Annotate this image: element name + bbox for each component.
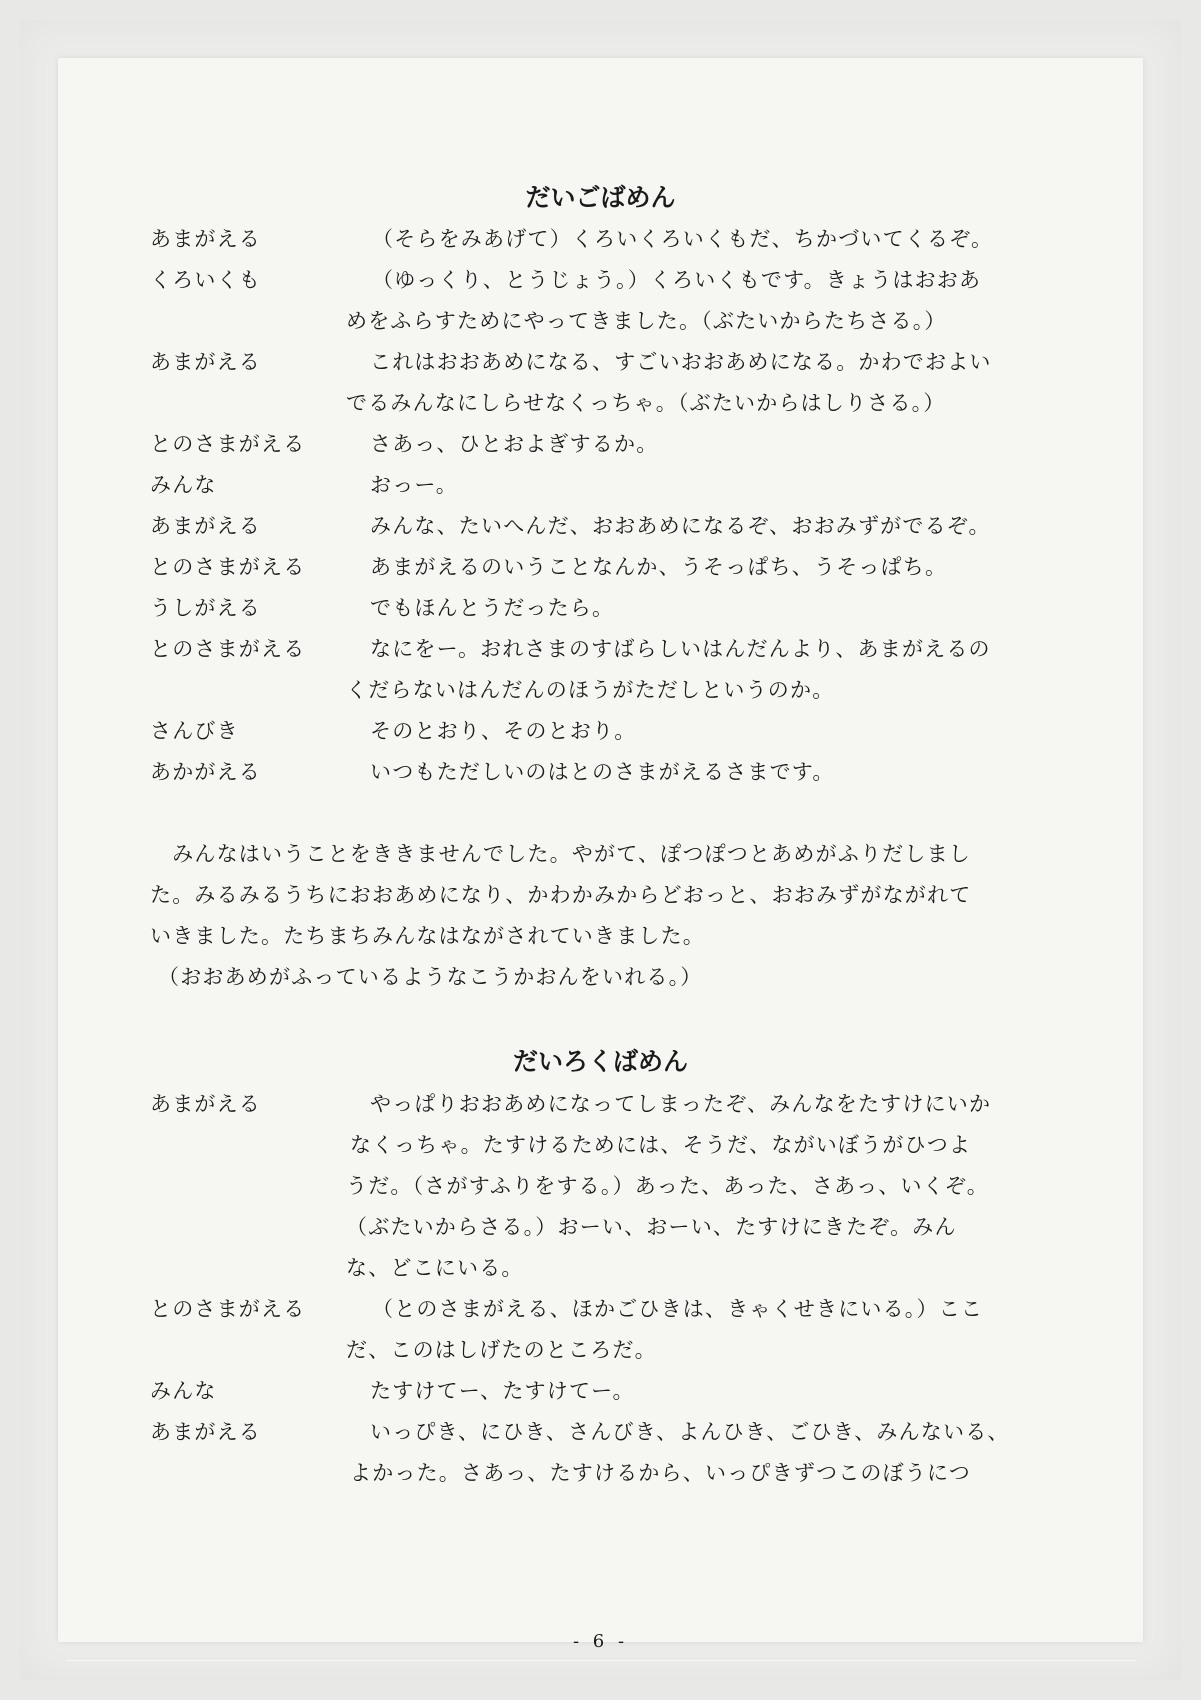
dialogue-line: みんな、たいへんだ、おおあめになるぞ、おおみずがでるぞ。 [370, 512, 991, 540]
speaker-name: あまがえる [150, 348, 261, 376]
dialogue-line: でもほんとうだったら。 [370, 594, 614, 622]
dialogue-line-continued: なくっちゃ。たすけるためには、そうだ、ながいぼうがひつよ [350, 1131, 971, 1159]
speaker-name: あまがえる [150, 1418, 261, 1446]
speaker-name: あまがえる [150, 225, 261, 253]
dialogue-line: そのとおり、そのとおり。 [370, 717, 636, 745]
page-number: - 6 - [0, 1630, 1201, 1654]
speaker-name: うしがえる [150, 594, 261, 622]
dialogue-line: なにをー。おれさまのすばらしいはんだんより、あまがえるの [370, 635, 991, 663]
scene-6-title: だいろくばめん [0, 1046, 1201, 1078]
dialogue-line: （とのさまがえる、ほかごひきは、きゃくせきにいる。）ここ [372, 1295, 983, 1323]
speaker-name: とのさまがえる [150, 1295, 305, 1323]
dialogue-line: いっぴき、にひき、さんびき、よんひき、ごひき、みんないる、 [370, 1418, 1010, 1446]
narration-line: た。みるみるうちにおおあめになり、かわかみからどおっと、おおみずがながれて [150, 881, 971, 909]
speaker-name: あかがえる [150, 758, 261, 786]
dialogue-line-continued: でるみんなにしらせなくっちゃ。（ぶたいからはしりさる。） [346, 389, 946, 417]
footer-divider [66, 1660, 1136, 1661]
scene-5-title: だいごばめん [0, 182, 1201, 214]
speaker-name: みんな [150, 471, 217, 499]
speaker-name: あまがえる [150, 1090, 261, 1118]
dialogue-line: さあっ、ひとおよぎするか。 [370, 430, 658, 458]
stage-direction: （おおあめがふっているようなこうかおんをいれる。） [158, 963, 703, 991]
dialogue-line: （ゆっくり、とうじょう。）くろいくもです。きょうはおおあ [372, 266, 981, 294]
dialogue-line: やっぱりおおあめになってしまったぞ、みんなをたすけにいか [370, 1090, 991, 1118]
dialogue-line-continued: な、どこにいる。 [346, 1254, 524, 1282]
dialogue-line-continued: めをふらすためにやってきました。（ぶたいからたちさる。） [346, 307, 947, 335]
dialogue-line: （そらをみあげて）くろいくろいくもだ、ちかづいてくるぞ。 [372, 225, 993, 253]
dialogue-line-continued: くだらないはんだんのほうがただしというのか。 [346, 676, 834, 704]
dialogue-line-continued: （ぶたいからさる。）おーい、おーい、たすけにきたぞ。みん [346, 1213, 957, 1241]
speaker-name: とのさまがえる [150, 553, 305, 581]
speaker-name: みんな [150, 1377, 217, 1405]
dialogue-line-continued: うだ。（さがすふりをする。）あった、あった、さあっ、いくぞ。 [346, 1172, 989, 1200]
speaker-name: くろいくも [150, 266, 261, 294]
narration-line: いきました。たちまちみんなはながされていきました。 [150, 922, 705, 950]
speaker-name: さんびき [150, 717, 239, 745]
speaker-name: あまがえる [150, 512, 261, 540]
speaker-name: とのさまがえる [150, 430, 305, 458]
dialogue-line: いつもただしいのはとのさまがえるさまです。 [370, 758, 835, 786]
dialogue-line: これはおおあめになる、すごいおおあめになる。かわでおよい [370, 348, 992, 376]
dialogue-line: たすけてー、たすけてー。 [370, 1377, 635, 1405]
dialogue-line: おっー。 [370, 471, 458, 499]
speaker-name: とのさまがえる [150, 635, 305, 663]
narration-line: みんなはいうことをききませんでした。やがて、ぽつぽつとあめがふりだしまし [150, 840, 971, 868]
dialogue-line-continued: だ、このはしげたのところだ。 [346, 1336, 657, 1364]
dialogue-line-continued: よかった。さあっ、たすけるから、いっぴきずつこのぼうにつ [350, 1459, 971, 1487]
dialogue-line: あまがえるのいうことなんか、うそっぱち、うそっぱち。 [370, 553, 947, 581]
